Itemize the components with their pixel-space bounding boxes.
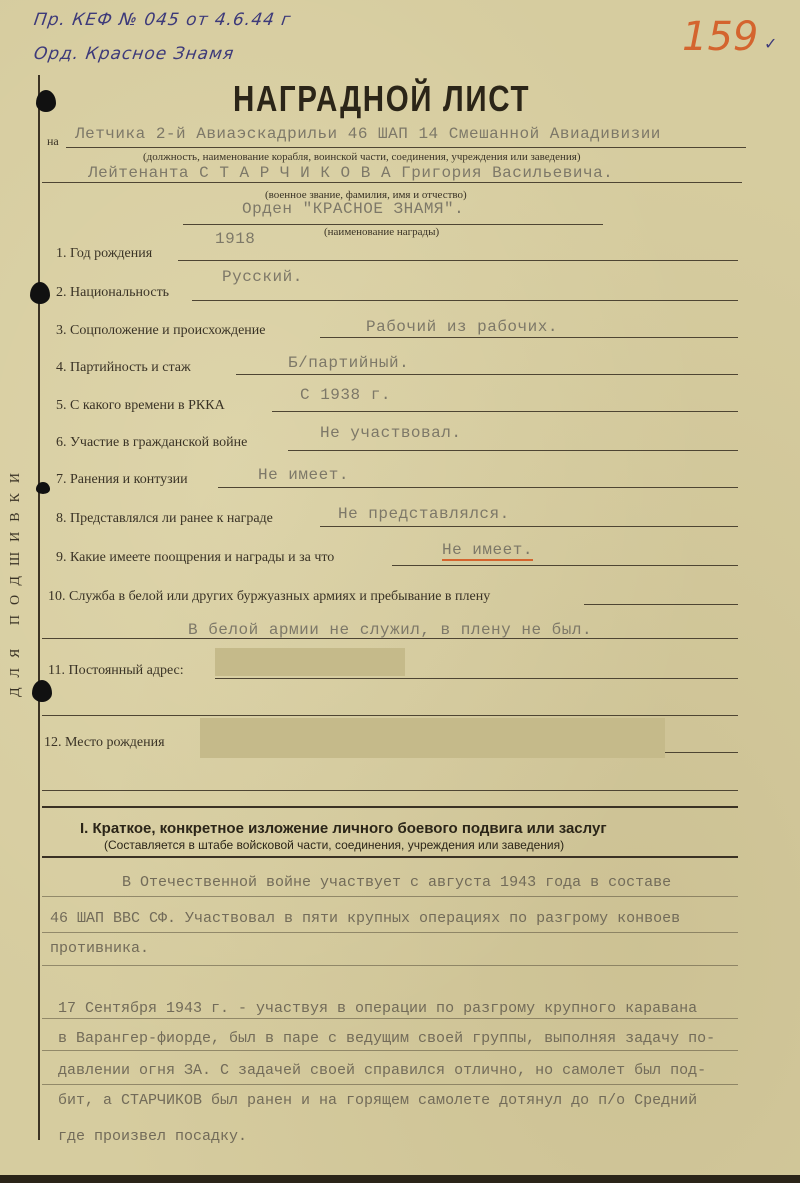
underline — [66, 147, 746, 148]
field-label-social-origin: 3. Соцположение и происхождение — [56, 323, 266, 339]
award-caption: (наименование награды) — [324, 226, 439, 238]
underline — [178, 260, 738, 261]
redacted-address — [215, 648, 405, 676]
punch-hole-icon — [36, 482, 50, 494]
underline — [288, 450, 738, 451]
narrative-line: противника. — [50, 940, 149, 957]
underline — [42, 790, 738, 791]
position-value: Летчика 2-й Авиаэскадрильи 46 ШАП 14 Сме… — [75, 125, 661, 143]
field-label-wounds: 7. Ранения и контузии — [56, 472, 188, 488]
underline — [320, 526, 738, 527]
punch-hole-icon — [30, 282, 50, 304]
narrative-line: 17 Сентября 1943 г. - участвуя в операци… — [58, 1000, 697, 1017]
field-value-wounds: Не имеет. — [258, 466, 349, 484]
section-heading: I. Краткое, конкретное изложение личного… — [80, 820, 607, 837]
document-title: НАГРАДНОЙ ЛИСТ — [233, 78, 530, 120]
underline — [215, 678, 738, 679]
section-divider — [42, 856, 738, 858]
field-value-nationality: Русский. — [222, 268, 303, 286]
field-value-social-origin: Рабочий из рабочих. — [366, 318, 558, 336]
field-value-party: Б/партийный. — [288, 354, 409, 372]
underline — [183, 224, 603, 225]
section-divider — [42, 806, 738, 808]
narrative-line: давлении огня ЗА. С задачей своей справи… — [58, 1062, 706, 1079]
narrative-line: в Варангер-фиорде, был в паре с ведущим … — [58, 1030, 715, 1047]
field-label-prior-awards: 8. Представлялся ли ранее к награде — [56, 511, 273, 527]
prefix-na: на — [47, 134, 59, 149]
field-value-prior-awards: Не представлялся. — [338, 505, 510, 523]
underline — [42, 896, 738, 897]
page-number: 159 — [682, 14, 758, 60]
underline — [42, 715, 738, 716]
underline — [392, 565, 738, 566]
field-label-party: 4. Партийность и стаж — [56, 360, 191, 376]
underline — [320, 337, 738, 338]
handwritten-award-note: Орд. Красное Знамя — [33, 44, 236, 64]
narrative-line: бит, а СТАРЧИКОВ был ранен и на горящем … — [58, 1092, 697, 1109]
field-label-decorations: 9. Какие имеете поощрения и награды и за… — [56, 550, 334, 566]
field-label-nationality: 2. Национальность — [56, 285, 169, 301]
underline — [42, 965, 738, 966]
underline — [218, 487, 738, 488]
punch-hole-icon — [32, 680, 52, 702]
underline — [272, 411, 738, 412]
field-value-white-army: В белой армии не служил, в плену не был. — [188, 621, 592, 639]
underline — [42, 1084, 738, 1085]
award-value: Орден "КРАСНОЕ ЗНАМЯ". — [242, 200, 464, 218]
position-caption: (должность, наименование корабля, воинск… — [143, 151, 581, 163]
redacted-birthplace — [200, 718, 665, 758]
punch-hole-icon — [36, 90, 56, 112]
bottom-edge — [0, 1175, 800, 1183]
field-label-birthplace: 12. Место рождения — [44, 735, 165, 751]
check-mark-icon: ✓ — [764, 34, 777, 54]
underline — [192, 300, 738, 301]
field-label-white-army: 10. Служба в белой или других буржуазных… — [48, 589, 490, 605]
narrative-line: где произвел посадку. — [58, 1128, 247, 1145]
underline — [42, 638, 738, 639]
underline — [584, 604, 738, 605]
section-subheading: (Составляется в штабе войсковой части, с… — [104, 838, 564, 852]
narrative-line: 46 ШАП ВВС СФ. Участвовал в пяти крупных… — [50, 910, 680, 927]
award-sheet-page: Пр. КЕФ № 045 от 4.6.44 г Орд. Красное З… — [0, 0, 800, 1183]
field-label-birth-year: 1. Год рождения — [56, 246, 152, 262]
underline — [42, 182, 742, 183]
margin-rule — [38, 75, 40, 1140]
field-value-decorations: Не имеет. — [442, 541, 533, 561]
underline — [42, 1018, 738, 1019]
underline — [42, 1050, 738, 1051]
underline — [42, 932, 738, 933]
narrative-line: В Отечественной войне участвует с август… — [122, 874, 671, 891]
field-value-birth-year: 1918 — [215, 230, 255, 248]
field-label-rkka-since: 5. С какого времени в РККА — [56, 398, 225, 414]
name-value: Лейтенанта С Т А Р Ч И К О В А Григория … — [88, 164, 613, 182]
field-value-civil-war: Не участвовал. — [320, 424, 461, 442]
field-label-civil-war: 6. Участие в гражданской войне — [56, 435, 247, 451]
field-label-address: 11. Постоянный адрес: — [48, 663, 184, 679]
margin-label: ДЛЯ ПОДШИВКИ — [8, 420, 30, 740]
underline — [236, 374, 738, 375]
handwritten-order-ref: Пр. КЕФ № 045 от 4.6.44 г — [33, 10, 293, 30]
field-value-rkka-since: С 1938 г. — [300, 386, 391, 404]
